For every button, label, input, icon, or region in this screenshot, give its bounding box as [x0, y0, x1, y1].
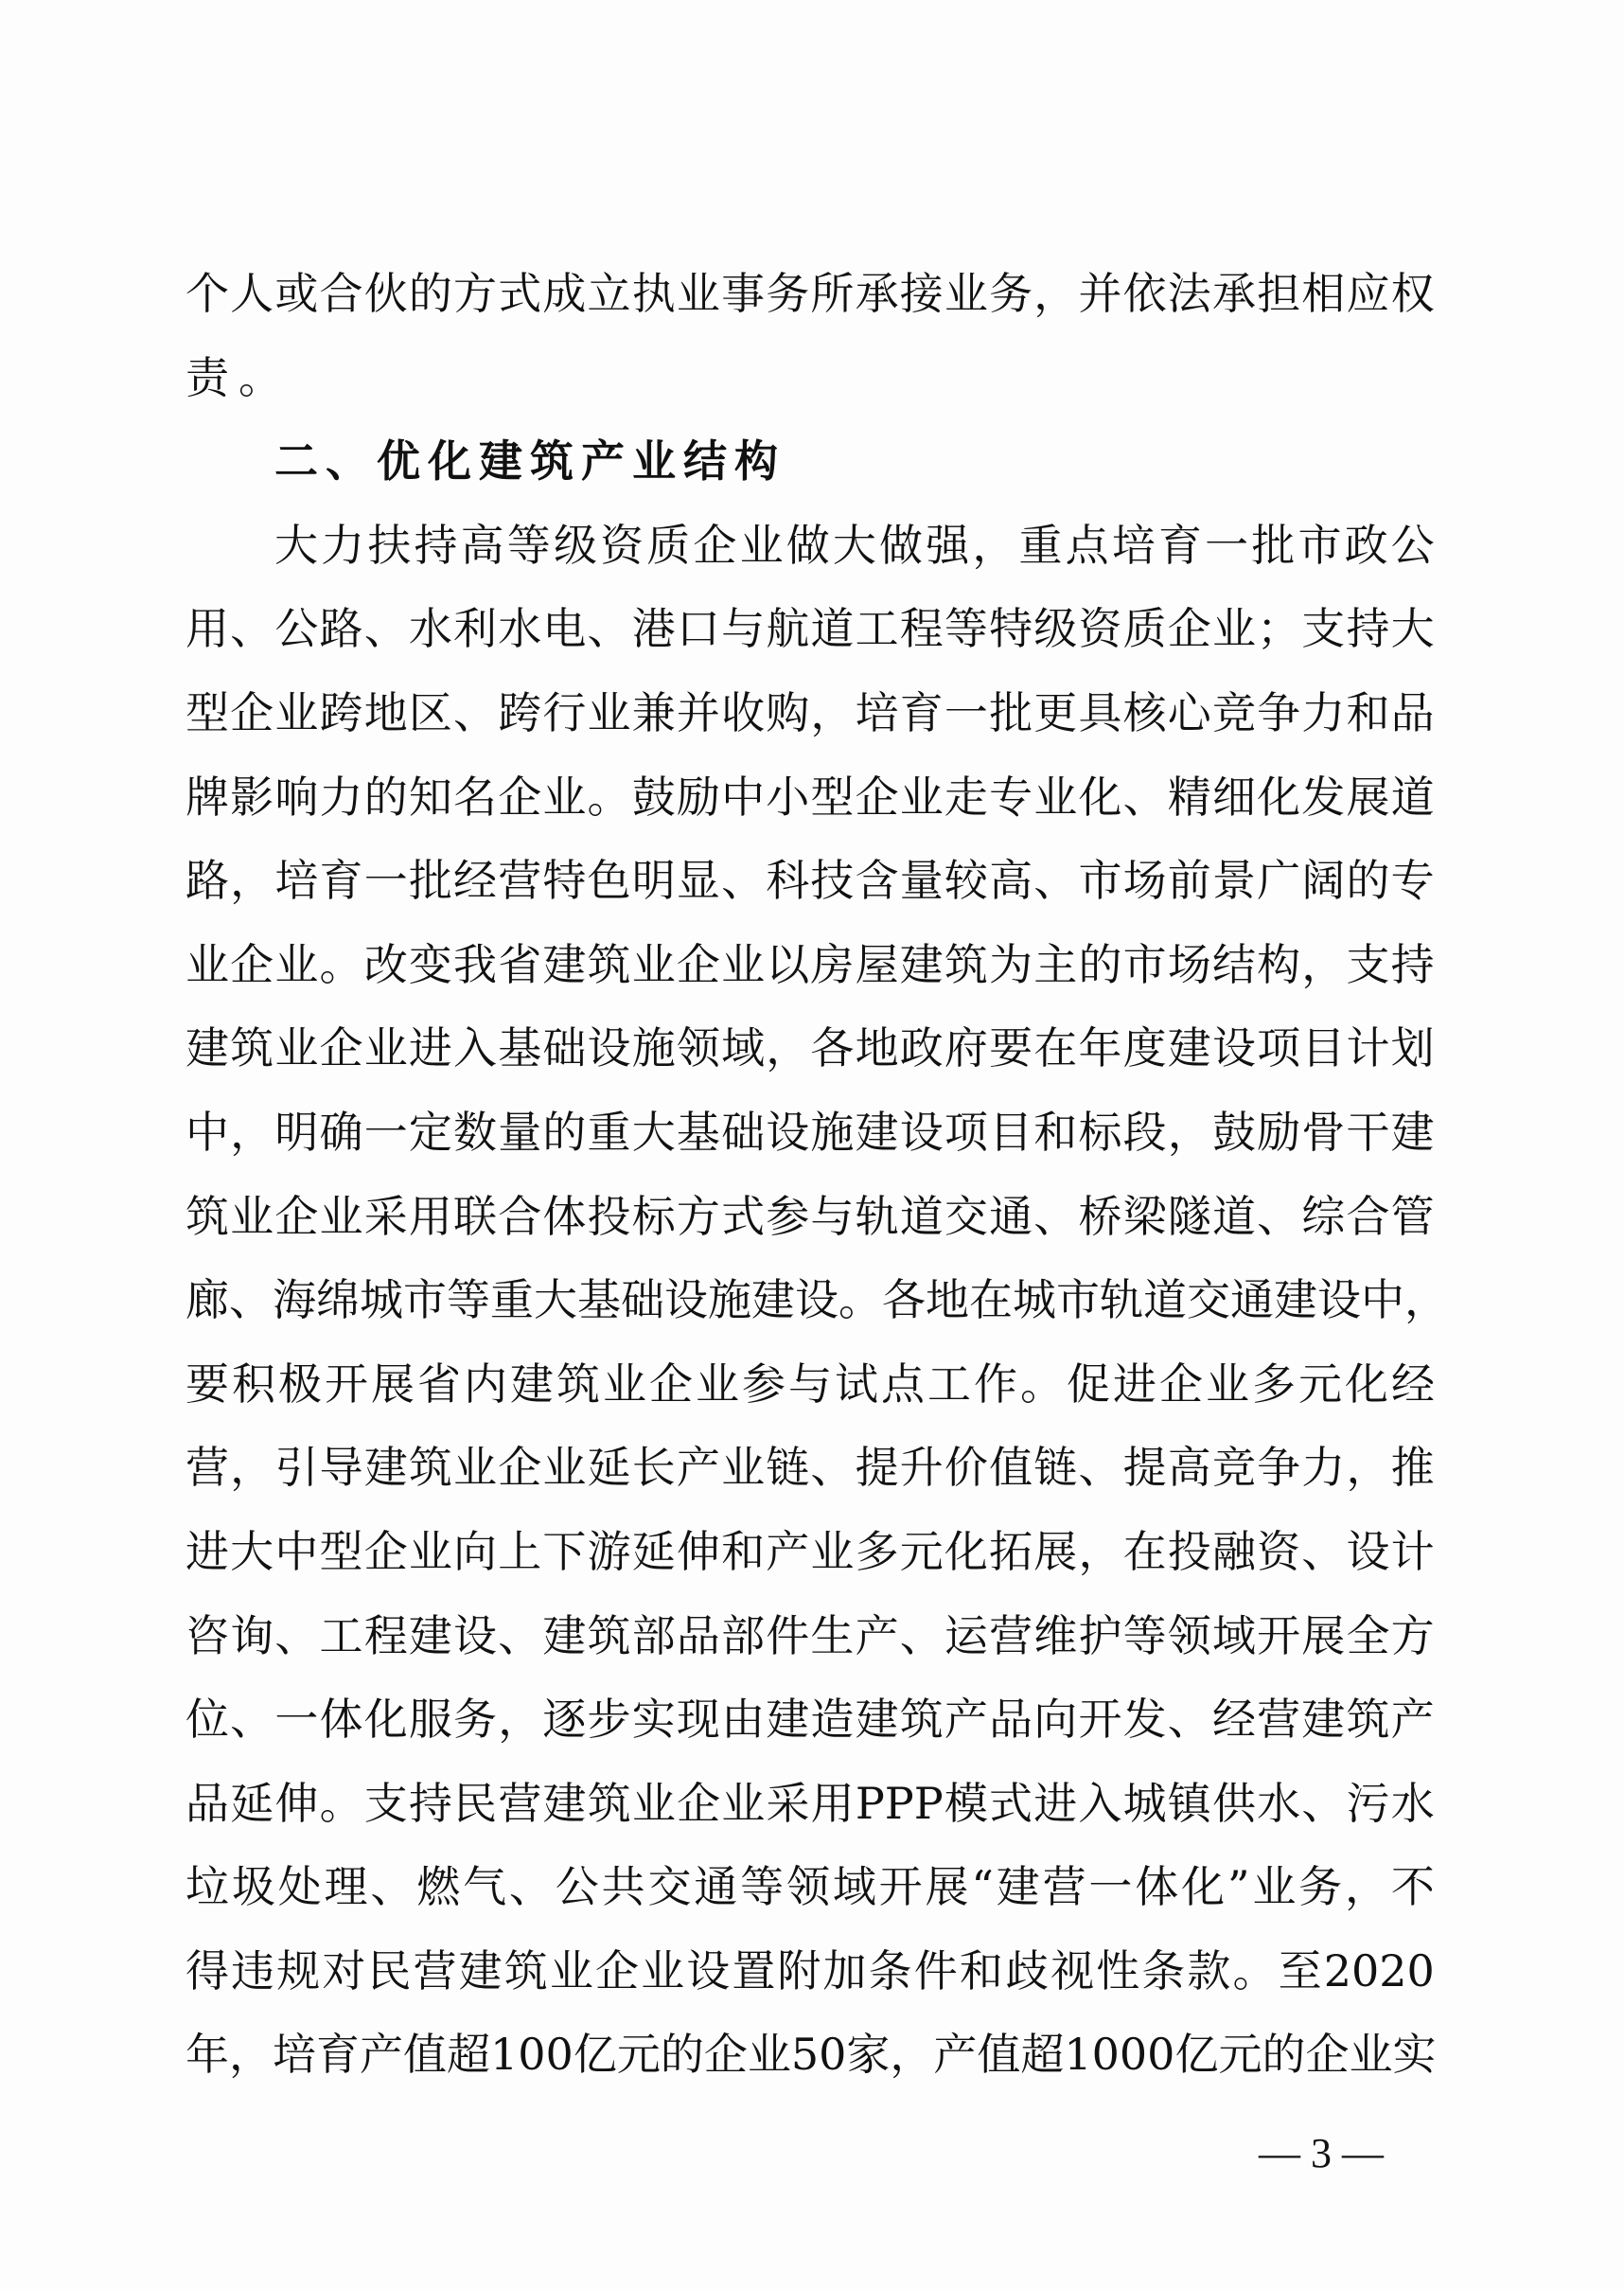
- text-line: 营，引导建筑业企业延长产业链、提升价值链、提高竞争力，推: [185, 1426, 1435, 1510]
- text-line: 个人或合伙的方式成立执业事务所承接业务，并依法承担相应权: [185, 252, 1435, 336]
- text-line: 中，明确一定数量的重大基础设施建设项目和标段，鼓励骨干建: [185, 1091, 1435, 1175]
- text-line: 用、公路、水利水电、港口与航道工程等特级资质企业；支持大: [185, 587, 1435, 671]
- text-line: 咨询、工程建设、建筑部品部件生产、运营维护等领域开展全方: [185, 1594, 1435, 1678]
- text-line: 责。: [185, 336, 1435, 420]
- text-line: 型企业跨地区、跨行业兼并收购，培育一批更具核心竞争力和品: [185, 671, 1435, 755]
- text-line: 建筑业企业进入基础设施领域，各地政府要在年度建设项目计划: [185, 1006, 1435, 1091]
- text-line: 大力扶持高等级资质企业做大做强，重点培育一批市政公: [185, 504, 1435, 588]
- text-line: 品延伸。支持民营建筑业企业采用PPP模式进入城镇供水、污水: [185, 1762, 1435, 1846]
- text-line: 廊、海绵城市等重大基础设施建设。各地在城市轨道交通建设中，: [185, 1258, 1435, 1342]
- document-page: 个人或合伙的方式成立执业事务所承接业务，并依法承担相应权 责。 二、优化建筑产业…: [0, 0, 1624, 2289]
- page-number: — 3 —: [1249, 2130, 1393, 2177]
- text-line: 位、一体化服务，逐步实现由建造建筑产品向开发、经营建筑产: [185, 1677, 1435, 1762]
- text-line: 年，培育产值超100亿元的企业50家，产值超1000亿元的企业实: [185, 2013, 1435, 2097]
- text-line: 路，培育一批经营特色明显、科技含量较高、市场前景广阔的专: [185, 839, 1435, 923]
- text-line: 垃圾处理、燃气、公共交通等领域开展“建营一体化”业务，不: [185, 1845, 1435, 1929]
- section-heading: 二、优化建筑产业结构: [185, 419, 1435, 504]
- document-body: 个人或合伙的方式成立执业事务所承接业务，并依法承担相应权 责。 二、优化建筑产业…: [185, 252, 1435, 2097]
- text-line: 要积极开展省内建筑业企业参与试点工作。促进企业多元化经: [185, 1342, 1435, 1427]
- text-line: 进大中型企业向上下游延伸和产业多元化拓展，在投融资、设计: [185, 1510, 1435, 1594]
- text-line: 牌影响力的知名企业。鼓励中小型企业走专业化、精细化发展道: [185, 755, 1435, 840]
- text-line: 业企业。改变我省建筑业企业以房屋建筑为主的市场结构，支持: [185, 923, 1435, 1007]
- text-line: 得违规对民营建筑业企业设置附加条件和歧视性条款。至2020: [185, 1929, 1435, 2014]
- text-line: 筑业企业采用联合体投标方式参与轨道交通、桥梁隧道、综合管: [185, 1175, 1435, 1259]
